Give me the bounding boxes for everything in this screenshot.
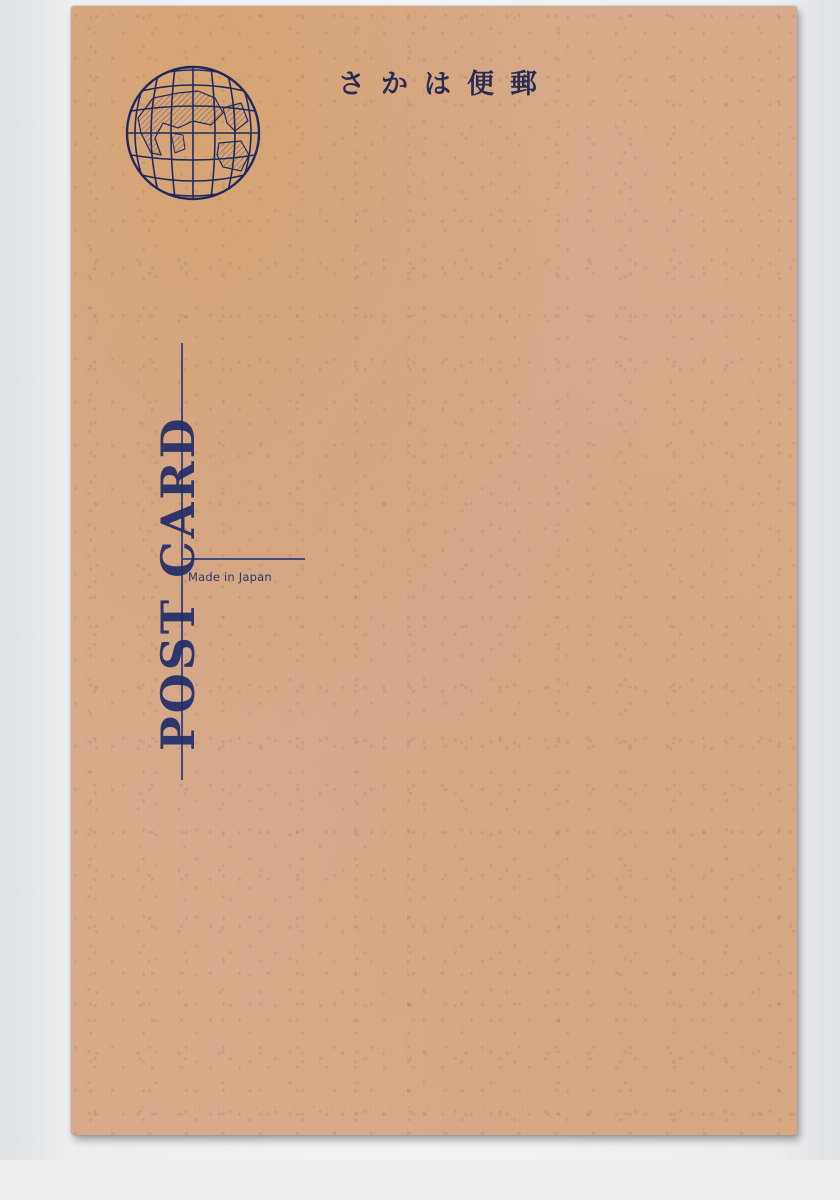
globe-icon: [123, 63, 263, 203]
postcard-back: さかは便郵 Made in Japan POST CARD · · · · · …: [71, 6, 797, 1135]
faint-bleedthrough-text: · · · · · · · · · · · · · · · · · · · · …: [141, 1101, 711, 1121]
header-japanese-text: さかは便郵: [338, 69, 553, 100]
footer-band: [0, 1160, 840, 1200]
postcard-title: POST CARD: [155, 415, 201, 751]
header-japanese: さかは便郵: [338, 62, 578, 101]
